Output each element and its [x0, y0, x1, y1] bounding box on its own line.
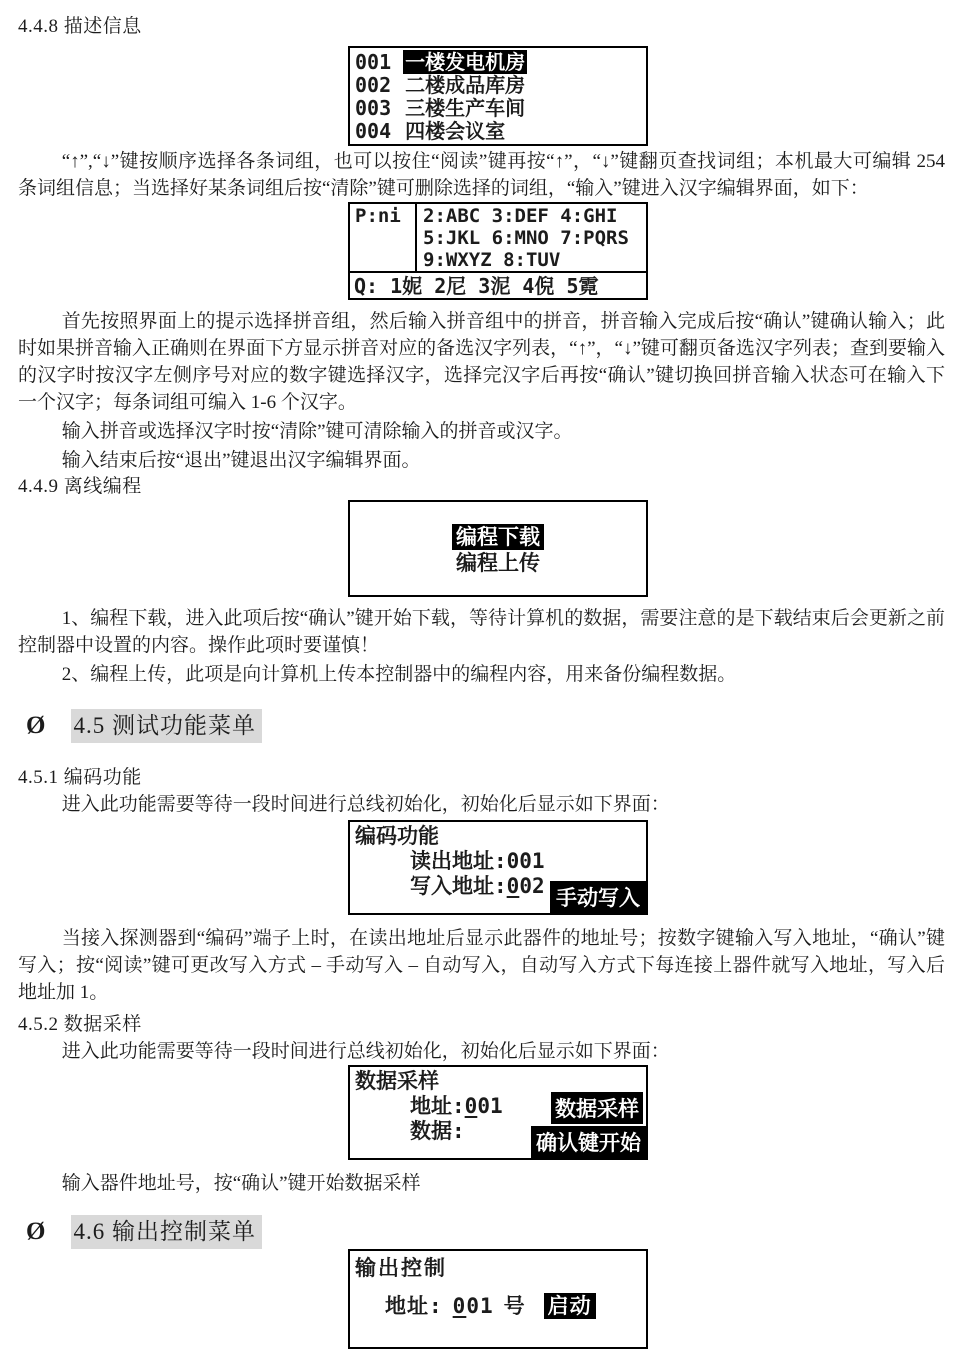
pinyin-input-field: P:ni: [350, 204, 417, 271]
cursor-digit: 0: [465, 1094, 478, 1118]
lcd-list-item: 001 一楼发电机房: [355, 51, 646, 74]
lcd-offline-programming: 编程下载 编程上传: [348, 500, 648, 597]
paragraph-pinyin-instructions: 首先按照界面上的提示选择拼音组，然后输入拼音组中的拼音，拼音输入完成后按“确认”…: [18, 308, 945, 416]
pinyin-key-area: P:ni 2:ABC 3:DEF 4:GHI 5:JKL 6:MNO 7:PQR…: [350, 204, 646, 273]
heading-4-5-2: 4.5.2 数据采样: [18, 1012, 945, 1038]
menu-item-program-upload: 编程上传: [350, 551, 646, 576]
manual-page: 4.4.8 描述信息 001 一楼发电机房 002 二楼成品库房 003 三楼生…: [0, 0, 963, 1372]
heading-4-5-text: 4.5 测试功能菜单: [71, 709, 262, 743]
item-number: 002: [355, 73, 391, 97]
heading-4-5: Ø 4.5 测试功能菜单: [18, 709, 945, 743]
candidate-character-row: Q: 1妮 2尼 3泥 4倪 5霓: [350, 273, 646, 299]
lcd-title: 数据采样: [355, 1069, 646, 1094]
unit-label: 号: [504, 1294, 526, 1318]
lcd-list-item: 004 四楼会议室: [355, 120, 646, 143]
read-address-line: 读出地址:001: [355, 849, 646, 874]
lcd-output-control: 输出控制 地址:001号启动: [348, 1249, 648, 1349]
item-number: 004: [355, 119, 391, 143]
manual-write-mode-badge: 手动写入: [550, 881, 646, 913]
sampling-mode-badge: 数据采样: [551, 1092, 643, 1124]
item-label: 四楼会议室: [403, 119, 507, 143]
lcd-coding-function: 编码功能 读出地址:001 写入地址:002 手动写入: [348, 820, 648, 915]
paragraph-coding-instructions: 当接入探测器到“编码”端子上时，在读出地址后显示此器件的地址号；按数字键输入写入…: [18, 925, 945, 1006]
lcd-data-sampling: 数据采样 地址:001 数据: 数据采样 确认键开始: [348, 1065, 648, 1160]
item-label: 三楼生产车间: [403, 96, 527, 120]
lcd-title: 输出控制: [355, 1255, 646, 1281]
paragraph-program-download: 1、编程下载，进入此项后按“确认”键开始下载，等待计算机的数据，需要注意的是下载…: [18, 605, 945, 659]
cursor-digit: 0: [507, 874, 520, 898]
menu-item-program-download: 编程下载: [350, 521, 646, 551]
slashed-o-bullet-icon: Ø: [26, 711, 45, 741]
lcd-list-item: 003 三楼生产车间: [355, 97, 646, 120]
lcd-list-item: 002 二楼成品库房: [355, 74, 646, 97]
output-address-line: 地址:001号启动: [355, 1290, 646, 1320]
heading-4-6: Ø 4.6 输出控制菜单: [18, 1215, 945, 1249]
heading-4-4-9: 4.4.9 离线编程: [18, 474, 945, 500]
slashed-o-bullet-icon: Ø: [26, 1217, 45, 1247]
paragraph-exit-key: 输入结束后按“退出”键退出汉字编辑界面。: [18, 447, 945, 474]
key-group-list: 2:ABC 3:DEF 4:GHI 5:JKL 6:MNO 7:PQRS 9:W…: [417, 204, 629, 271]
heading-4-4-8: 4.4.8 描述信息: [18, 14, 945, 40]
key-group-line: 9:WXYZ 8:TUV: [423, 249, 629, 271]
heading-4-5-1: 4.5.1 编码功能: [18, 765, 945, 791]
paragraph-clear-key: 输入拼音或选择汉字时按“清除”键可清除输入的拼音或汉字。: [18, 418, 945, 445]
lcd-pinyin-editor: P:ni 2:ABC 3:DEF 4:GHI 5:JKL 6:MNO 7:PQR…: [348, 202, 648, 300]
paragraph-word-group-selection: “↑”,“↓”键按顺序选择各条词组，也可以按住“阅读”键再按“↑”，“↓”键翻页…: [18, 148, 945, 202]
start-badge: 启动: [544, 1293, 596, 1319]
lcd-description-list: 001 一楼发电机房 002 二楼成品库房 003 三楼生产车间 004 四楼会…: [348, 46, 648, 146]
item-number: 001: [355, 50, 391, 74]
cursor-digit: 0: [453, 1294, 467, 1318]
paragraph-program-upload: 2、编程上传，此项是向计算机上传本控制器中的编程内容，用来备份编程数据。: [18, 661, 945, 688]
paragraph-bus-init-1: 进入此功能需要等待一段时间进行总线初始化，初始化后显示如下界面：: [18, 791, 945, 818]
key-group-line: 5:JKL 6:MNO 7:PQRS: [423, 227, 629, 249]
heading-4-6-text: 4.6 输出控制菜单: [71, 1215, 262, 1249]
confirm-start-badge: 确认键开始: [531, 1126, 646, 1158]
paragraph-sampling-instructions: 输入器件地址号，按“确认”键开始数据采样: [18, 1170, 945, 1197]
item-label-selected: 一楼发电机房: [403, 50, 527, 74]
key-group-line: 2:ABC 3:DEF 4:GHI: [423, 205, 629, 227]
paragraph-bus-init-2: 进入此功能需要等待一段时间进行总线初始化，初始化后显示如下界面：: [18, 1038, 945, 1065]
lcd-title: 编码功能: [355, 824, 646, 849]
item-label: 二楼成品库房: [403, 73, 527, 97]
item-number: 003: [355, 96, 391, 120]
